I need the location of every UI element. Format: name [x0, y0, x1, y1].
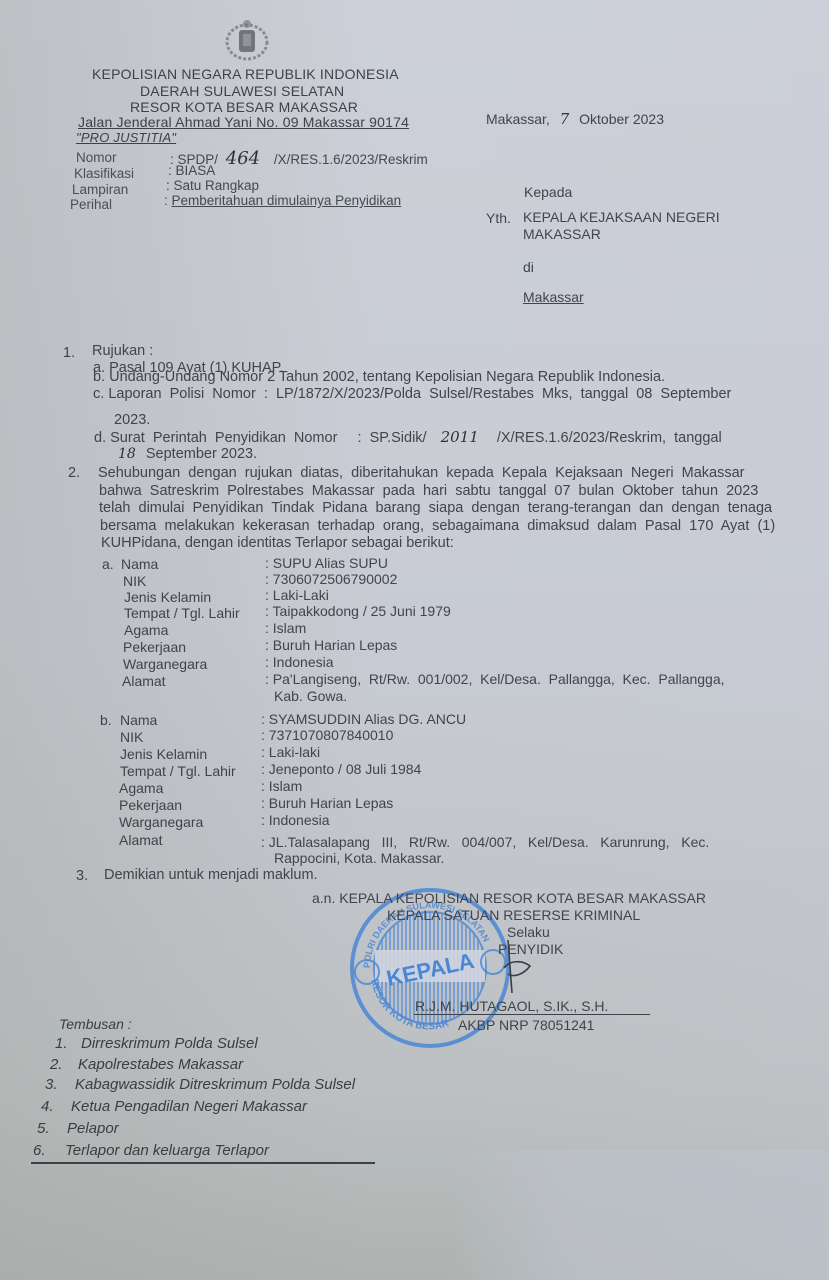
- person-a-agama-value: : Islam: [265, 620, 306, 636]
- perihal-label: Perihal: [70, 197, 112, 212]
- police-emblem-icon: [222, 16, 272, 62]
- tembusan-underline: [31, 1162, 375, 1164]
- sprindik-handwritten: 2011: [441, 428, 479, 446]
- signatory-rank: AKBP NRP 78051241: [458, 1017, 594, 1033]
- tembusan-num: 6.: [33, 1142, 65, 1159]
- person-a-pekerjaan-value: : Buruh Harian Lepas: [265, 637, 397, 653]
- person-b-ttl-label: Tempat / Tgl. Lahir: [120, 763, 236, 779]
- person-a-letter: a.: [102, 556, 114, 572]
- date-day-handwritten: 7: [560, 110, 570, 128]
- tembusan-text: Kabagwassidik Ditreskrimum Polda Sulsel: [75, 1076, 355, 1093]
- section3-text: Demikian untuk menjadi maklum.: [104, 867, 318, 883]
- section1-title: Rujukan :: [92, 343, 153, 359]
- recipient-city: Makassar: [523, 289, 584, 305]
- person-a-nik-label: NIK: [123, 573, 146, 589]
- header-address: Jalan Jenderal Ahmad Yani No. 09 Makassa…: [78, 114, 409, 130]
- person-a-warganegara-value: : Indonesia: [265, 654, 334, 670]
- section2-line-5: KUHPidana, dengan identitas Terlapor seb…: [101, 535, 454, 551]
- person-a-alamat-value-2: Kab. Gowa.: [274, 688, 347, 704]
- person-b-pekerjaan-value: : Buruh Harian Lepas: [261, 795, 393, 811]
- signatory-name: R.J.M. HUTAGAOL, S.IK., S.H.: [415, 998, 608, 1014]
- person-a-alamat-value: : Pa'Langiseng, Rt/Rw. 001/002, Kel/Desa…: [265, 671, 725, 687]
- perihal-text: Pemberitahuan dimulainya Penyidikan: [172, 193, 402, 208]
- rujukan-c-cont: 2023.: [114, 412, 150, 428]
- person-b-agama-label: Agama: [119, 780, 163, 796]
- item-text-a: Surat Perintah Penyidikan Nomor : SP.Sid…: [110, 430, 426, 446]
- perihal-colon: :: [164, 193, 168, 208]
- person-b-warganegara-value: : Indonesia: [261, 812, 330, 828]
- signature-underline: [414, 1014, 650, 1015]
- klasifikasi-value: : BIASA: [168, 163, 215, 178]
- tembusan-item-4: 4.Ketua Pengadilan Negeri Makassar: [41, 1098, 307, 1115]
- rujukan-c: c. Laporan Polisi Nomor : LP/1872/X/2023…: [93, 386, 731, 402]
- tembusan-num: 4.: [41, 1098, 71, 1115]
- tembusan-item-1: 1.Dirreskrimum Polda Sulsel: [55, 1035, 258, 1052]
- nomor-label: Nomor: [76, 150, 117, 165]
- item-text: Undang-Undang Nomor 2 Tahun 2002, tentan…: [109, 369, 665, 385]
- item-text-2: September 2023.: [146, 446, 257, 462]
- tembusan-title: Tembusan :: [59, 1016, 132, 1032]
- section2-line-4: bersama melakukan kekerasan terhadap ora…: [100, 518, 775, 534]
- person-b-alamat-value: : JL.Talasalapang III, Rt/Rw. 004/007, K…: [261, 834, 709, 850]
- item-text-b: /X/RES.1.6/2023/Reskrim, tanggal: [497, 430, 722, 446]
- person-b-alamat-value-2: Rappocini, Kota. Makassar.: [274, 850, 444, 866]
- handwritten-signature-icon: [500, 938, 540, 998]
- person-b-nama-label: Nama: [120, 712, 157, 728]
- section2-line-3: telah dimulai Penyidikan Tindak Pidana b…: [99, 500, 772, 516]
- tembusan-text: Ketua Pengadilan Negeri Makassar: [71, 1098, 307, 1115]
- person-b-nama-value: : SYAMSUDDIN Alias DG. ANCU: [261, 711, 466, 727]
- person-a-agama-label: Agama: [124, 622, 168, 638]
- person-a-warganegara-label: Warganegara: [123, 656, 207, 672]
- rujukan-d: d. Surat Perintah Penyidikan Nomor : SP.…: [94, 428, 722, 446]
- person-a-nik-value: : 7306072506790002: [265, 571, 397, 587]
- section2-line-1: Sehubungan dengan rujukan diatas, diberi…: [98, 465, 745, 481]
- person-a-gender-value: : Laki-Laki: [265, 587, 329, 603]
- date-place: Makassar,: [486, 111, 550, 127]
- lampiran-label: Lampiran: [72, 182, 128, 197]
- section3-num: 3.: [76, 868, 88, 884]
- person-a-pekerjaan-label: Pekerjaan: [123, 639, 186, 655]
- person-b-gender-label: Jenis Kelamin: [120, 746, 207, 762]
- tembusan-text: Pelapor: [67, 1120, 119, 1137]
- tembusan-text: Kapolrestabes Makassar: [78, 1056, 243, 1073]
- date-month-year: Oktober 2023: [579, 111, 664, 127]
- header-line-2: DAERAH SULAWESI SELATAN: [140, 83, 344, 99]
- person-a-alamat-label: Alamat: [122, 673, 166, 689]
- person-b-gender-value: : Laki-laki: [261, 744, 320, 760]
- person-b-nik-value: : 7371070807840010: [261, 727, 393, 743]
- recipient-line-1: KEPALA KEJAKSAAN NEGERI: [523, 209, 720, 225]
- rujukan-d-cont: 18 September 2023.: [118, 446, 257, 462]
- item-letter: c.: [93, 386, 104, 402]
- tembusan-num: 1.: [55, 1035, 81, 1052]
- header-line-3: RESOR KOTA BESAR MAKASSAR: [130, 99, 358, 115]
- section2-line-2: bahwa Satreskrim Polrestabes Makassar pa…: [99, 483, 758, 499]
- person-a-ttl-label: Tempat / Tgl. Lahir: [124, 605, 240, 621]
- item-letter: d.: [94, 430, 106, 446]
- klasifikasi-label: Klasifikasi: [74, 166, 134, 181]
- nomor-suffix: /X/RES.1.6/2023/Reskrim: [274, 152, 428, 167]
- person-a-ttl-value: : Taipakkodong / 25 Juni 1979: [265, 603, 451, 619]
- person-b-ttl-value: : Jeneponto / 08 Juli 1984: [261, 761, 421, 777]
- document-page: KEPOLISIAN NEGARA REPUBLIK INDONESIA DAE…: [0, 0, 829, 1280]
- tembusan-text: Dirreskrimum Polda Sulsel: [81, 1035, 258, 1052]
- person-b-pekerjaan-label: Pekerjaan: [119, 797, 182, 813]
- recipient-di: di: [523, 259, 534, 275]
- person-b-alamat-label: Alamat: [119, 832, 163, 848]
- yth-label: Yth.: [486, 210, 511, 226]
- pro-justitia: "PRO JUSTITIA": [76, 130, 176, 145]
- nomor-handwritten: 464: [226, 148, 260, 169]
- signature-line-1: a.n. KEPALA KEPOLISIAN RESOR KOTA BESAR …: [312, 890, 706, 906]
- tembusan-text: Terlapor dan keluarga Terlapor: [65, 1142, 269, 1159]
- person-a-nama-label: Nama: [121, 556, 158, 572]
- person-b-letter: b.: [100, 712, 112, 728]
- lampiran-value: : Satu Rangkap: [166, 178, 259, 193]
- person-a-gender-label: Jenis Kelamin: [124, 589, 211, 605]
- item-text: Laporan Polisi Nomor : LP/1872/X/2023/Po…: [108, 386, 731, 402]
- section2-num: 2.: [68, 465, 80, 481]
- kepada-label: Kepada: [524, 184, 572, 200]
- item-letter: b.: [93, 369, 105, 385]
- recipient-line-2: MAKASSAR: [523, 226, 601, 242]
- tembusan-item-5: 5.Pelapor: [37, 1120, 119, 1137]
- signature-line-2: KEPALA SATUAN RESERSE KRIMINAL: [387, 907, 640, 923]
- person-b-agama-value: : Islam: [261, 778, 302, 794]
- tembusan-num: 5.: [37, 1120, 67, 1137]
- section1-num: 1.: [63, 345, 75, 361]
- paper-shadow: [450, 1150, 829, 1280]
- person-a-nama-value: : SUPU Alias SUPU: [265, 555, 388, 571]
- date-handwritten: 18: [118, 446, 136, 462]
- tembusan-item-2: 2.Kapolrestabes Makassar: [50, 1056, 243, 1073]
- rujukan-b: b. Undang-Undang Nomor 2 Tahun 2002, ten…: [93, 369, 665, 385]
- tembusan-item-6: 6.Terlapor dan keluarga Terlapor: [33, 1142, 269, 1159]
- tembusan-num: 3.: [45, 1076, 75, 1093]
- perihal-value: : Pemberitahuan dimulainya Penyidikan: [164, 193, 401, 208]
- header-line-1: KEPOLISIAN NEGARA REPUBLIK INDONESIA: [92, 66, 399, 82]
- tembusan-item-3: 3.Kabagwassidik Ditreskrimum Polda Sulse…: [45, 1076, 355, 1093]
- letter-date: Makassar, 7 Oktober 2023: [486, 110, 664, 128]
- person-b-nik-label: NIK: [120, 729, 143, 745]
- person-b-warganegara-label: Warganegara: [119, 814, 203, 830]
- tembusan-num: 2.: [50, 1056, 78, 1073]
